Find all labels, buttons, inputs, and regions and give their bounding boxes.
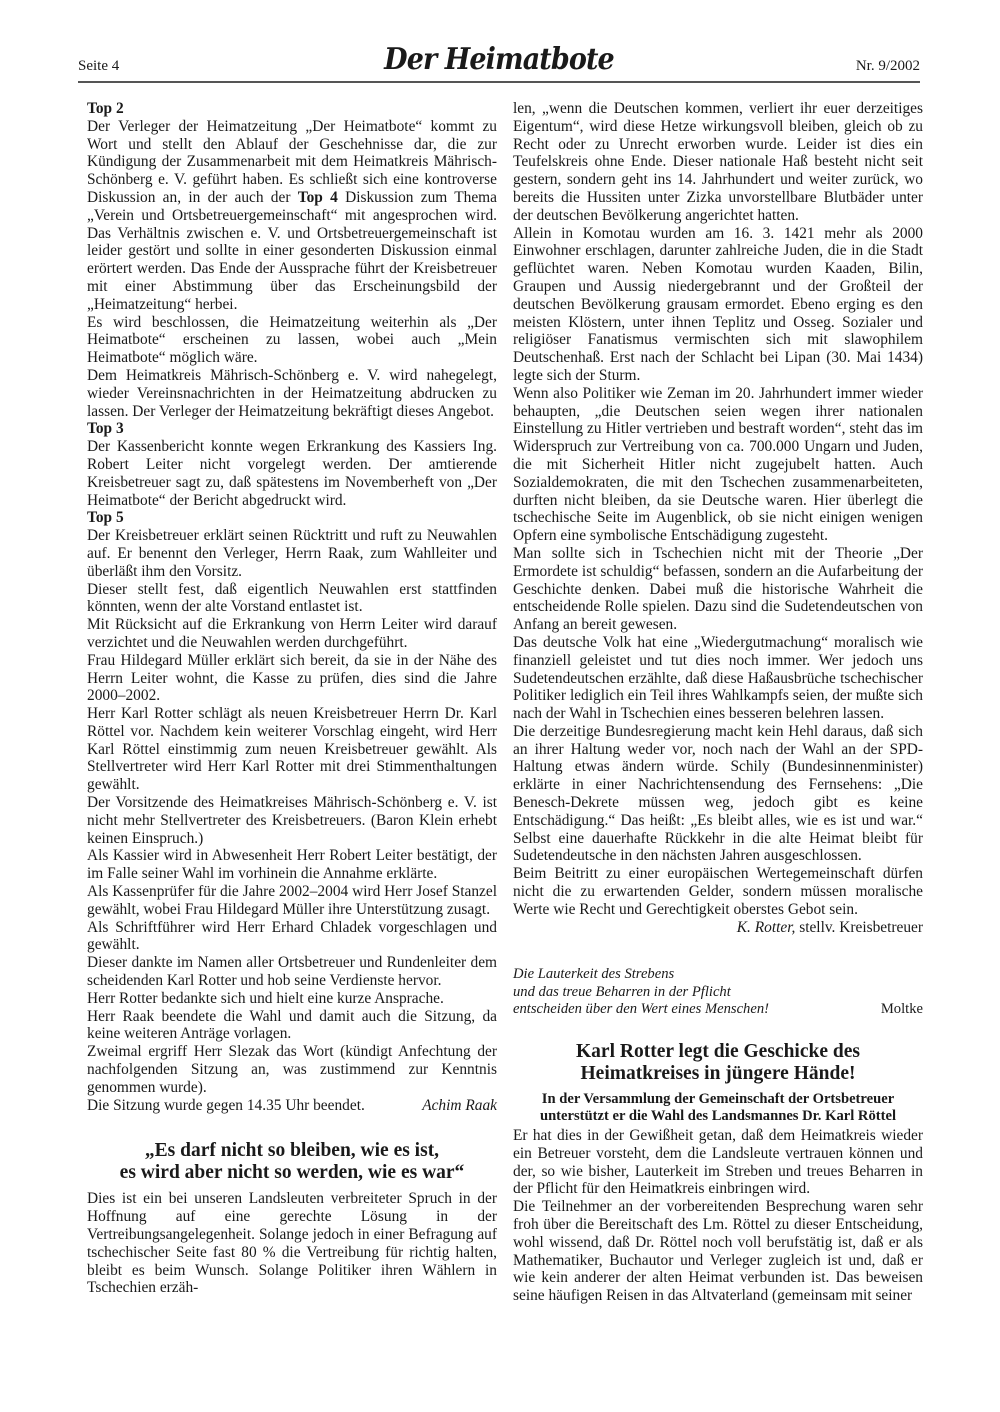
author-signature: Achim Raak	[422, 1097, 497, 1115]
quote-line: entscheiden über den Wert eines Menschen…	[513, 1001, 769, 1019]
top2-paragraph-2: Es wird beschlossen, die Heimatzeitung w…	[87, 314, 497, 367]
masthead-logo: Der Heimatbote	[120, 42, 878, 77]
quote-line: Die Lauterkeit des Strebens	[513, 966, 923, 984]
header-rule	[78, 81, 920, 83]
top5-paragraph: Als Kassier wird in Abwesenheit Herr Rob…	[87, 847, 497, 883]
article-subheadline: In der Versammlung der Gemeinschaft der …	[513, 1091, 923, 1125]
article-paragraph: Wenn also Politiker wie Zeman im 20. Jah…	[513, 385, 923, 545]
bold-text: Top 4	[298, 189, 338, 206]
top5-paragraph: Zweimal ergriff Herr Slezak das Wort (kü…	[87, 1043, 497, 1096]
top5-paragraph: Herr Raak beendete die Wahl und damit au…	[87, 1008, 497, 1044]
article-paragraph: Die Teilnehmer an der vorbereitenden Bes…	[513, 1198, 923, 1305]
headline-line: Karl Rotter legt die Geschicke des	[513, 1041, 923, 1063]
right-column: len, „wenn die Deutschen kommen, verlier…	[513, 100, 923, 1305]
top5-paragraph: Als Schriftführer wird Herr Erhard Chlad…	[87, 919, 497, 955]
subheadline-line: In der Versammlung der Gemeinschaft der …	[513, 1091, 923, 1108]
article-paragraph: Er hat dies in der Gewißheit getan, daß …	[513, 1127, 923, 1198]
article-paragraph: Das deutsche Volk hat eine „Wiedergutmac…	[513, 634, 923, 723]
article-paragraph: Beim Beitritt zu einer europäischen Wert…	[513, 865, 923, 918]
signature-name: K. Rotter,	[737, 919, 796, 936]
top5-paragraph: Der Kreisbetreuer erklärt seinen Rücktri…	[87, 527, 497, 580]
article-paragraph: Dies ist ein bei unseren Landsleuten ver…	[87, 1190, 497, 1297]
article-paragraph: Allein in Komotau wurden am 16. 3. 1421 …	[513, 225, 923, 385]
author-signature: K. Rotter, stellv. Kreisbetreuer	[513, 919, 923, 937]
top5-paragraph: Mit Rücksicht auf die Erkrankung von Her…	[87, 616, 497, 652]
page-header: Seite 4 Der Heimatbote Nr. 9/2002	[78, 46, 920, 81]
left-column: Top 2 Der Verleger der Heimatzeitung „De…	[87, 100, 497, 1297]
closing-text: Die Sitzung wurde gegen 14.35 Uhr beende…	[87, 1097, 365, 1115]
top5-paragraph: Herr Rotter bedankte sich und hielt eine…	[87, 990, 497, 1008]
top5-paragraph: Dieser stellt fest, daß eigentlich Neuwa…	[87, 581, 497, 617]
subheadline-line: unterstützt er die Wahl des Landsmannes …	[513, 1108, 923, 1125]
quote-author: Moltke	[881, 1001, 923, 1019]
article-paragraph: Man sollte sich in Tschechien nicht mit …	[513, 545, 923, 634]
quote-block: Die Lauterkeit des Strebens und das treu…	[513, 966, 923, 1019]
top5-heading: Top 5	[87, 509, 497, 527]
page-number: Seite 4	[78, 58, 119, 75]
top2-paragraph-3: Dem Heimatkreis Mährisch-Schönberg e. V.…	[87, 367, 497, 420]
article-headline: Karl Rotter legt die Geschicke des Heima…	[513, 1041, 923, 1085]
issue-number: Nr. 9/2002	[856, 58, 920, 75]
headline-line: es wird aber nicht so werden, wie es war…	[87, 1162, 497, 1184]
top5-paragraph: Als Kassenprüfer für die Jahre 2002–2004…	[87, 883, 497, 919]
top2-paragraph-1: Der Verleger der Heimatzeitung „Der Heim…	[87, 118, 497, 314]
top5-paragraph: Frau Hildegard Müller erklärt sich berei…	[87, 652, 497, 705]
headline-line: „Es darf nicht so bleiben, wie es ist,	[87, 1140, 497, 1162]
article-paragraph: len, „wenn die Deutschen kommen, verlier…	[513, 100, 923, 225]
top5-paragraph: Dieser dankte im Namen aller Ortsbetreue…	[87, 954, 497, 990]
quote-line: und das treue Beharren in der Pflicht	[513, 984, 923, 1002]
article-headline: „Es darf nicht so bleiben, wie es ist, e…	[87, 1140, 497, 1184]
text: Diskussion zum Thema „Verein und Ortsbet…	[87, 189, 497, 313]
article-paragraph: Die derzeitige Bundesregierung macht kei…	[513, 723, 923, 865]
top5-paragraph: Herr Karl Rotter schlägt als neuen Kreis…	[87, 705, 497, 794]
signature-role: stellv. Kreisbetreuer	[795, 919, 923, 936]
top3-heading: Top 3	[87, 420, 497, 438]
top3-paragraph-1: Der Kassenbericht konnte wegen Erkrankun…	[87, 438, 497, 509]
quote-last-row: entscheiden über den Wert eines Menschen…	[513, 1001, 923, 1019]
headline-line: Heimatkreises in jüngere Hände!	[513, 1063, 923, 1085]
top2-heading: Top 2	[87, 100, 497, 118]
top5-paragraph: Der Vorsitzende des Heimatkreises Mähris…	[87, 794, 497, 847]
closing-line: Die Sitzung wurde gegen 14.35 Uhr beende…	[87, 1097, 497, 1115]
